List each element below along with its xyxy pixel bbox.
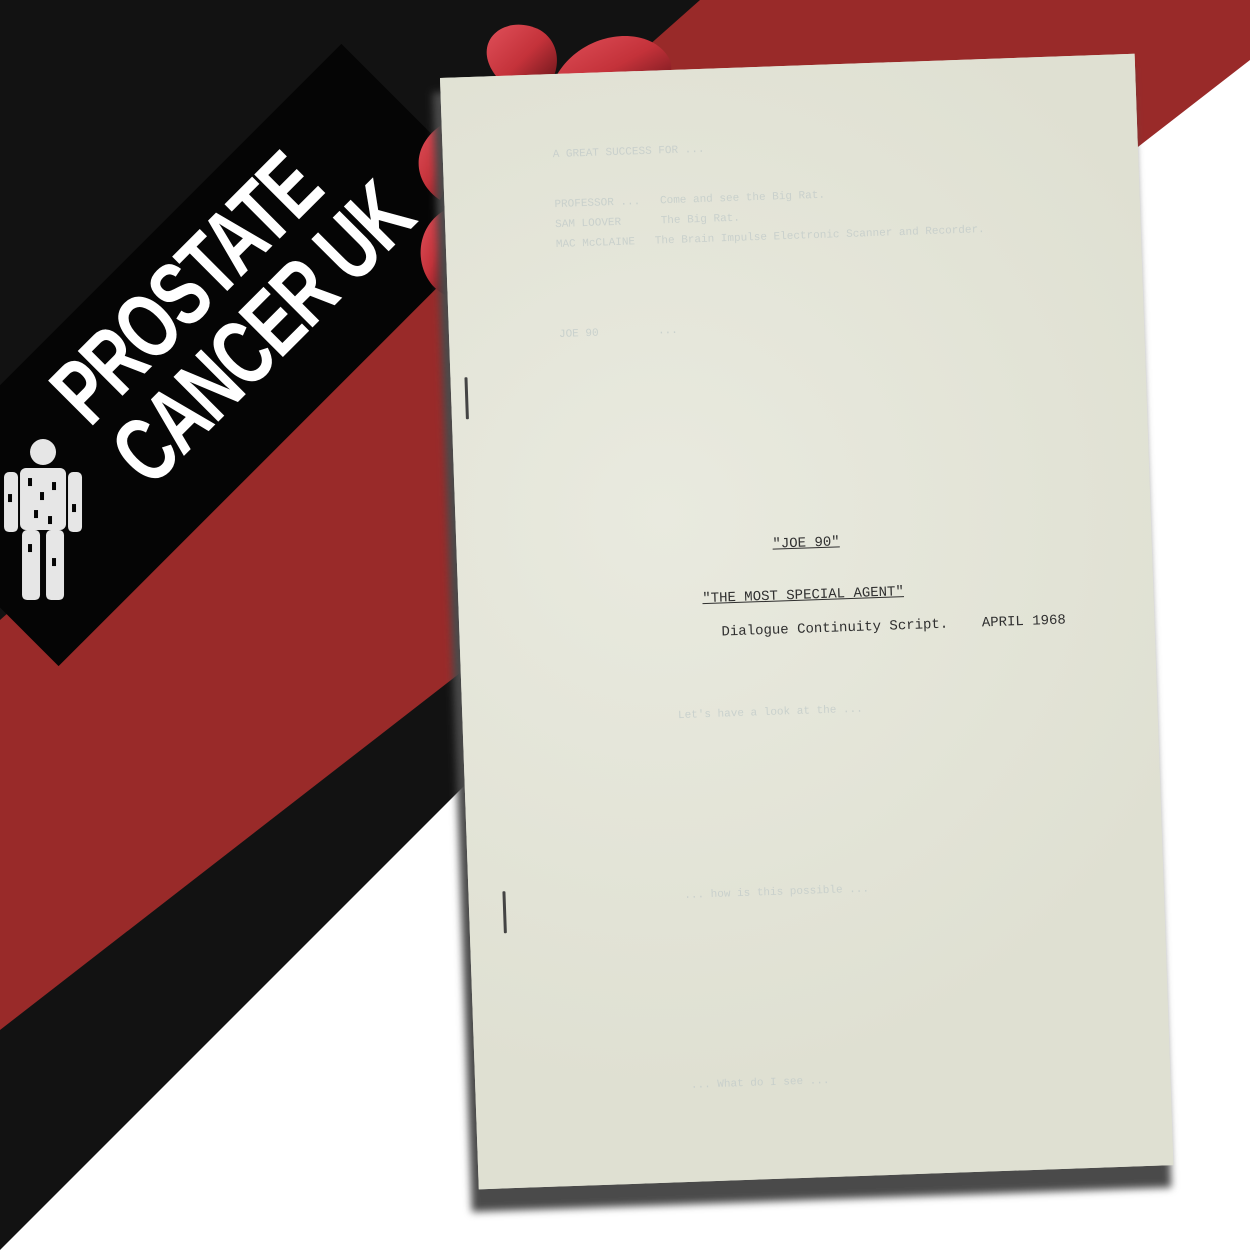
staple-bottom: [502, 891, 506, 933]
script-subtitle: "THE MOST SPECIAL AGENT": [702, 584, 904, 607]
script-description: Dialogue Continuity Script. APRIL 1968: [721, 612, 1066, 640]
bleed-through-text: Let's have a look at the ...: [572, 704, 863, 726]
script-date: APRIL 1968: [982, 612, 1067, 631]
script-title: "JOE 90": [772, 534, 840, 552]
staple-top: [464, 377, 468, 419]
bleed-through-text: A GREAT SUCCESS FOR ...: [553, 144, 705, 161]
bleed-through-text: SAM LOOVER The Big Rat.: [555, 213, 740, 231]
bleed-through-text: JOE 90 ...: [559, 325, 678, 341]
bleed-through-text: ... how is this possible ...: [579, 884, 870, 906]
bleed-through-text: ... What do I see ...: [585, 1075, 830, 1096]
script-document: A GREAT SUCCESS FOR ... PROFESSOR ... Co…: [440, 54, 1173, 1190]
script-type: Dialogue Continuity Script.: [721, 617, 948, 641]
man-figure-icon: [0, 434, 108, 604]
bleed-through-text: PROFESSOR ... Come and see the Big Rat.: [554, 190, 825, 211]
